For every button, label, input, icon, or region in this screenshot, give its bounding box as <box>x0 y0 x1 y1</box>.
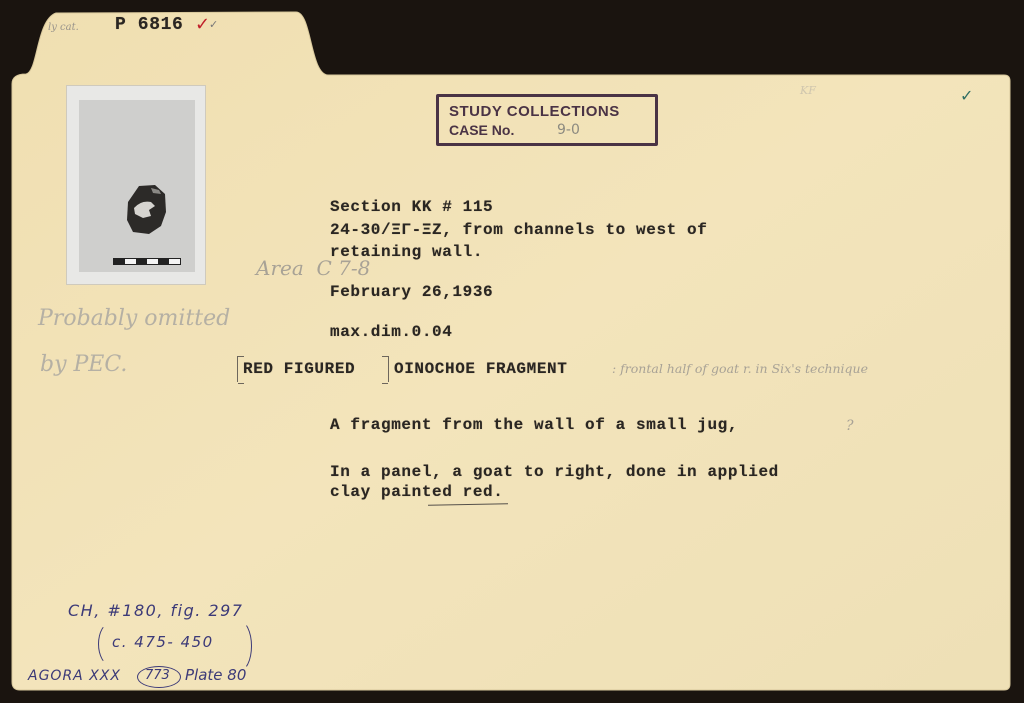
study-collections-stamp: STUDY COLLECTIONS CASE No. 9-0 <box>436 94 658 146</box>
pencil-technique-note: : frontal half of goat r. in Six's techn… <box>612 361 868 376</box>
max-dimension: max.dim.0.04 <box>330 322 452 342</box>
pencil-probably-omitted: Probably omitted <box>38 306 230 331</box>
ink-paren-right <box>226 620 252 672</box>
scale-bar <box>113 258 181 265</box>
ink-agora-plate: Plate 80 <box>185 666 246 684</box>
red-check-mark: ✓ <box>195 14 210 35</box>
stamp-title: STUDY COLLECTIONS <box>449 103 620 120</box>
ink-reference: CH, #180, fig. 297 <box>68 601 243 620</box>
excavation-date: February 26,1936 <box>330 282 493 302</box>
ink-agora-prefix: AGORA XXX <box>28 668 121 684</box>
description-line-3: clay painted red. <box>330 482 503 502</box>
section-number: Section KK # 115 <box>330 197 493 217</box>
location-line-1: 24-30/ΞΓ-ΞΖ, from channels to west of <box>330 220 707 240</box>
stamp-case-label: CASE No. <box>449 122 514 138</box>
catalog-number: P 6816 <box>115 15 183 35</box>
ink-agora-number: 773 <box>145 668 170 683</box>
green-check-mark: ✓ <box>960 86 973 105</box>
description-line-2: In a panel, a goat to right, done in app… <box>330 462 779 482</box>
stamp-case-value: 9-0 <box>557 122 580 138</box>
sherd-photo <box>67 86 205 284</box>
grey-check-mark: ✓ <box>209 18 218 31</box>
object-name: OINOCHOE FRAGMENT <box>394 359 567 379</box>
pencil-note-top-right: KF <box>800 84 816 97</box>
photo-background <box>79 100 195 272</box>
pencil-area-note: Area C 7-8 <box>256 256 370 280</box>
description-line-1: A fragment from the wall of a small jug, <box>330 415 738 435</box>
ink-date-range: c. 475- 450 <box>112 633 214 651</box>
tab-pencil-note: ly cat. <box>48 22 79 33</box>
sherd-image <box>125 184 167 236</box>
pencil-question-mark: ? <box>846 418 854 434</box>
pencil-by-pec: by PEC. <box>40 352 127 377</box>
category-label: RED FIGURED <box>243 359 355 379</box>
